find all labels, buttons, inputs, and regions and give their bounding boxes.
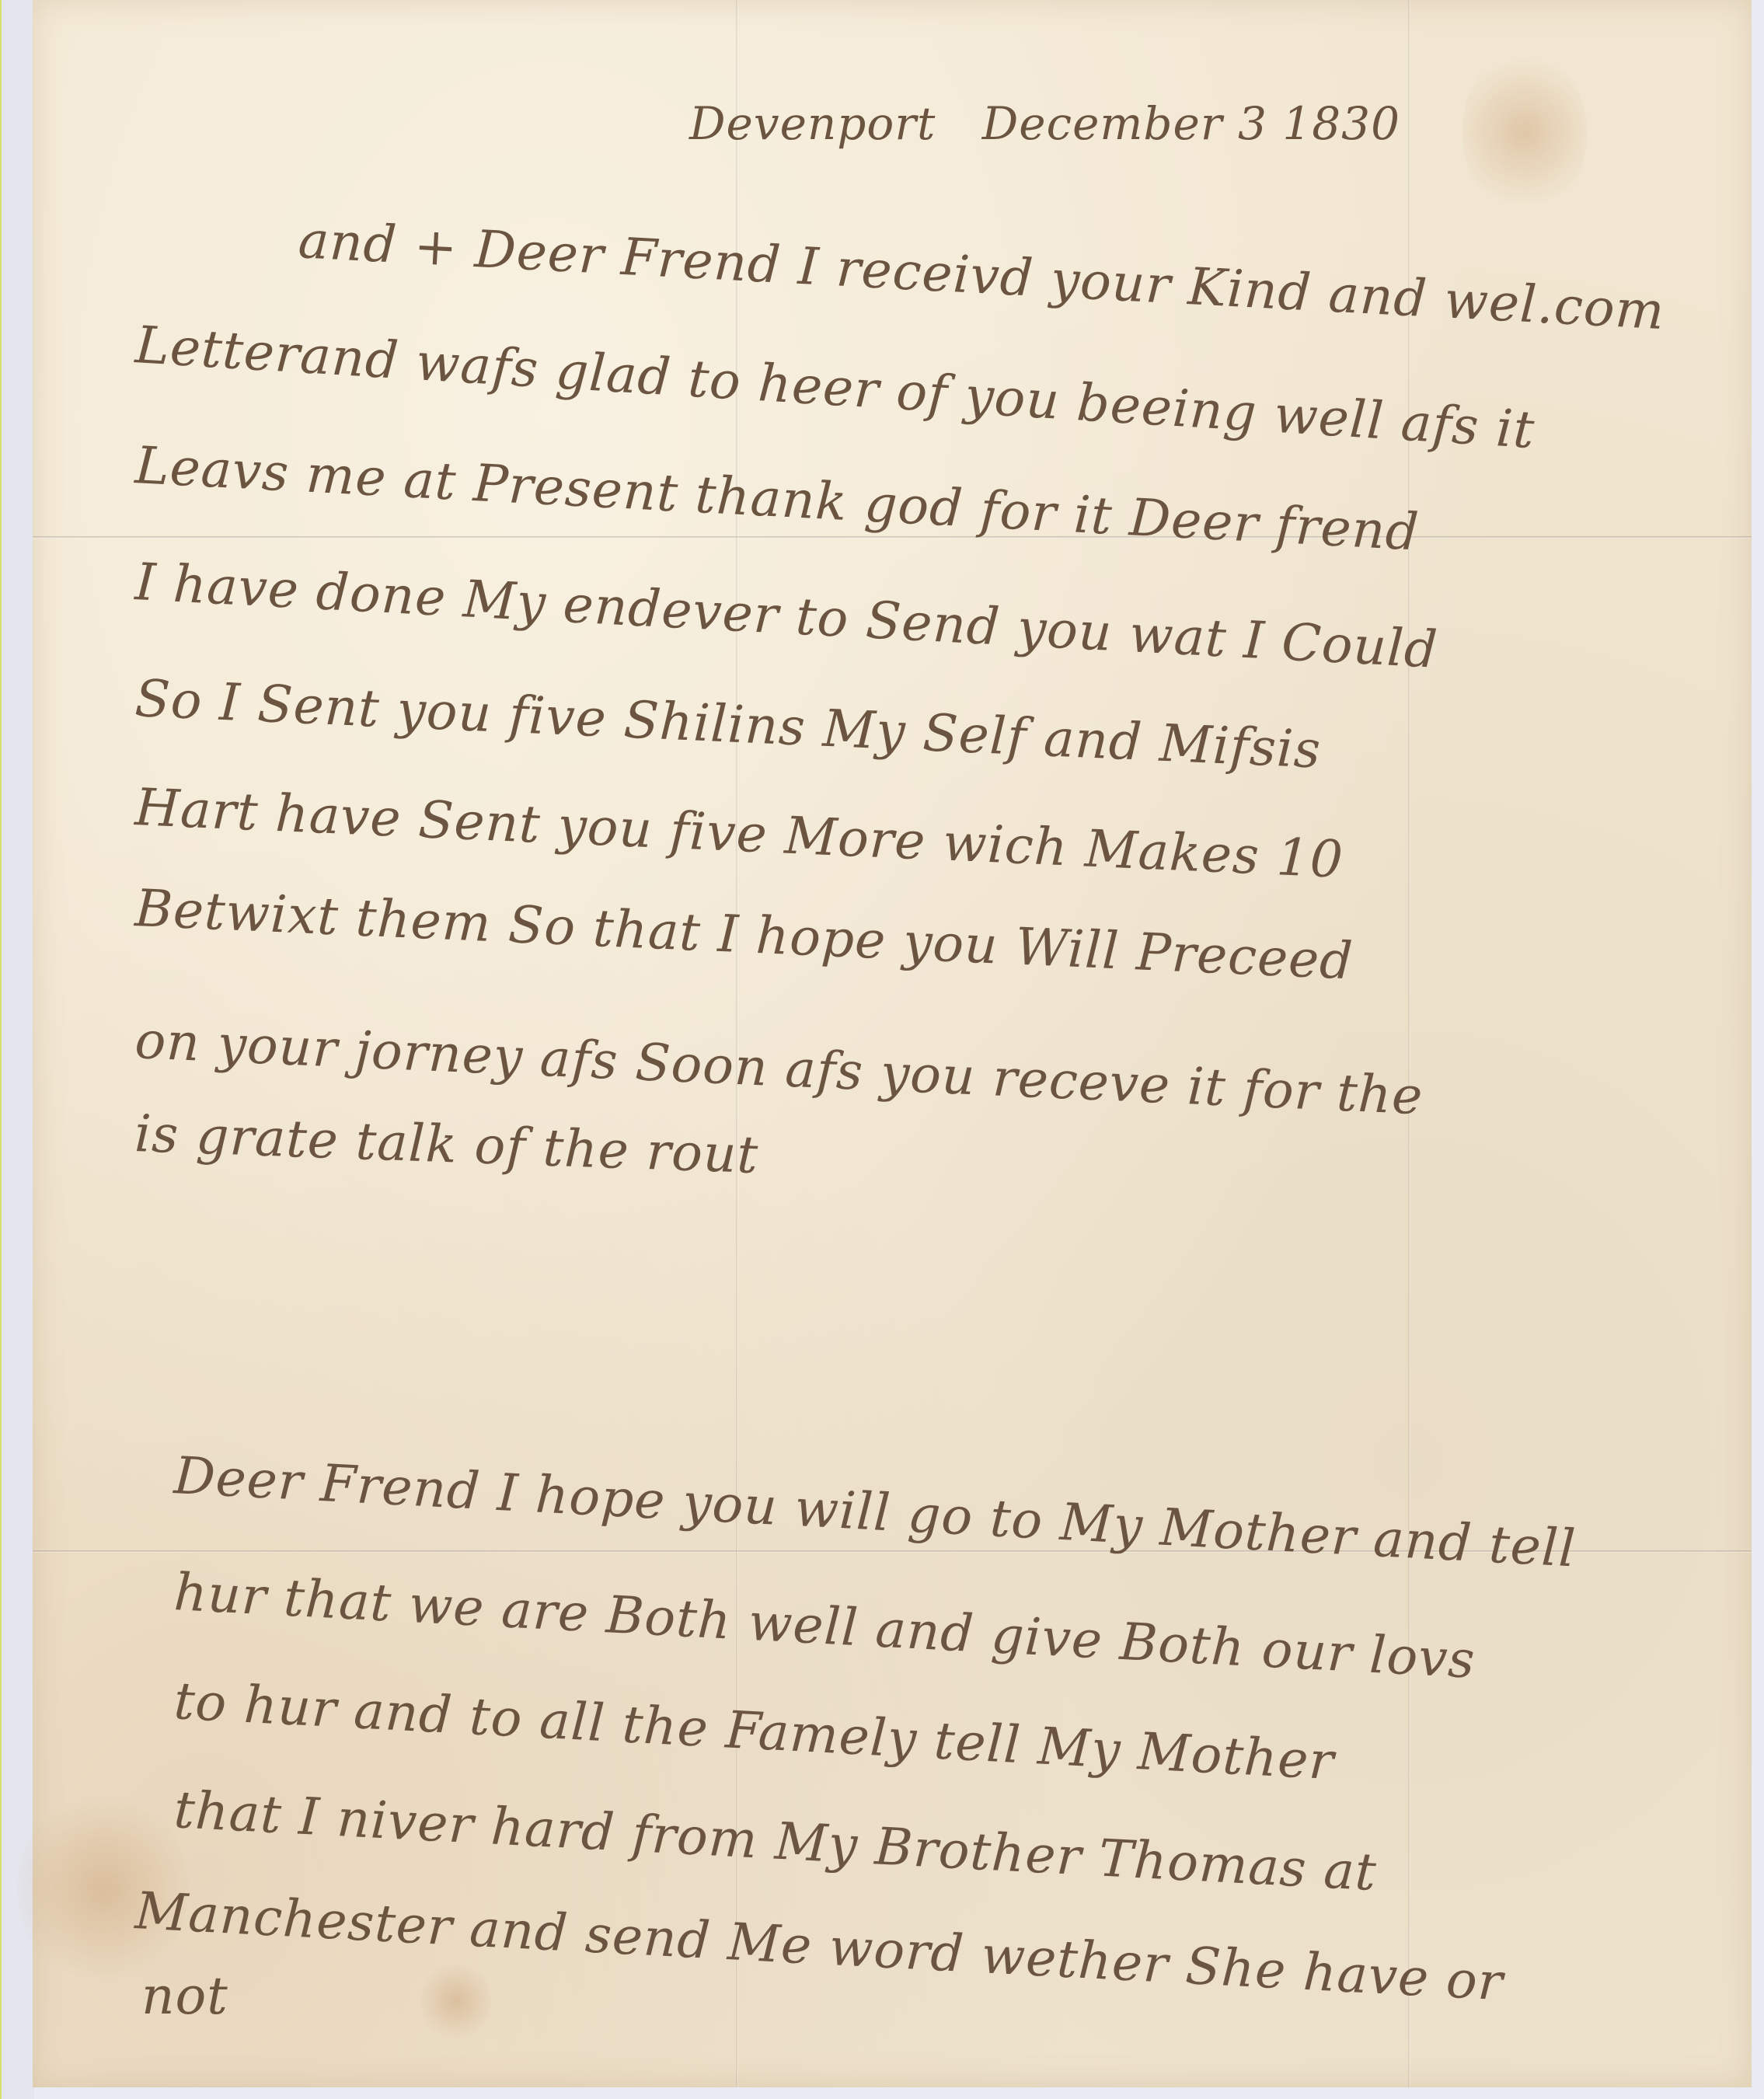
- paper-stain: [1462, 47, 1587, 218]
- heading-place: Devenport: [689, 97, 936, 150]
- letter-line: Leavs me at Present thank god for it Dee…: [134, 435, 1421, 562]
- letter-line: Hart have Sent you five More wich Makes …: [134, 777, 1344, 890]
- letter-line: Letterand wafs glad to heer of you beein…: [134, 315, 1536, 460]
- letter-line: Betwixt them So that I hope you Will Pre…: [134, 878, 1354, 991]
- letter-line: So I Sent you five Shilins My Self and M…: [134, 668, 1323, 780]
- letter-line: Deer Frend I hope you will go to My Moth…: [173, 1445, 1577, 1578]
- letter-line: to hur and to all the Famely tell My Mot…: [173, 1671, 1336, 1791]
- letter-line: on your jorney afs Soon afs you receve i…: [134, 1010, 1424, 1126]
- letter-line: I have done My endever to Send you wat I…: [134, 552, 1439, 680]
- scan-margin: [0, 0, 34, 2099]
- heading-date: December 3 1830: [982, 97, 1400, 150]
- paper-stain: [421, 1958, 491, 2044]
- letter-line: hur that we are Both well and give Both …: [173, 1562, 1476, 1690]
- letter-insertion-line: and + Deer Frend I receivd your Kind and…: [297, 210, 1666, 341]
- letter-page: Devenport December 3 1830 and + Deer Fre…: [33, 0, 1752, 2087]
- letter-heading: Devenport December 3 1830: [689, 97, 1400, 150]
- letter-line: Manchester and send Me word wether She h…: [134, 1881, 1504, 2012]
- letter-line: not: [141, 1966, 228, 2026]
- fold-crease-horizontal: [33, 536, 1752, 539]
- letter-line: is grate talk of the rout: [134, 1104, 759, 1185]
- letter-line: that I niver hard from My Brother Thomas…: [173, 1780, 1378, 1902]
